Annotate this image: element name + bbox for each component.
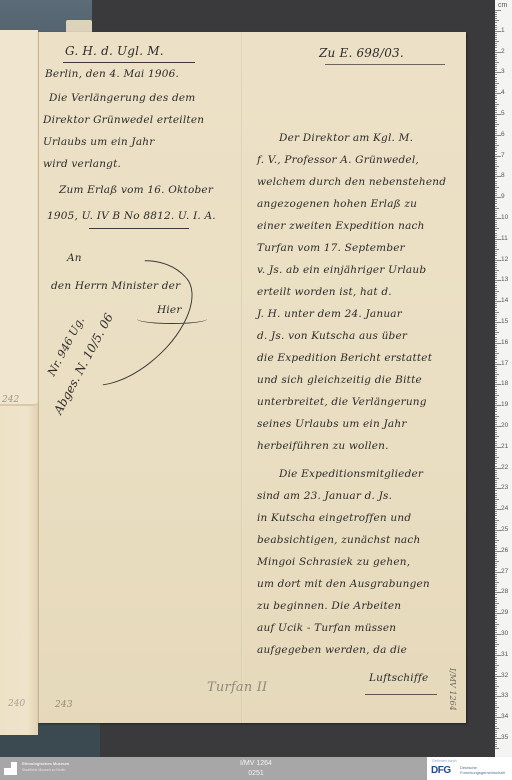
body-line: d. Js. von Kutscha aus über [257,330,407,342]
ruler-tick [495,45,497,46]
ruler-tick [495,470,497,471]
ruler-label: 11 [501,235,508,242]
ruler-tick [495,649,497,650]
ruler-label: 3 [501,68,505,75]
ruler-tick [495,740,497,741]
ruler-tick [495,147,497,148]
body-line: herbeiführen zu wollen. [257,440,389,452]
ruler-tick [495,692,497,693]
ruler-tick [495,214,497,215]
ruler-tick [495,181,497,182]
ruler-tick [495,224,497,225]
ruler-tick [495,264,497,265]
ruler-tick [495,206,497,207]
ruler-label: 32 [501,672,508,679]
ruler-tick [495,644,499,645]
ruler-tick [495,253,497,254]
body-line: angezogenen hohen Erlaß zu [257,198,417,210]
ruler-tick [495,380,497,381]
ruler-tick [495,542,497,543]
ruler-tick [495,574,497,575]
ruler-label: 24 [501,505,508,512]
ruler-tick [495,386,497,387]
ruler-tick [495,12,497,13]
ruler-label: 19 [501,401,508,408]
ruler-tick [495,141,497,142]
ruler-tick [495,191,497,192]
summary-line: Urlaubs um ein Jahr [43,136,154,148]
ruler-tick [495,461,497,462]
ruler-tick [495,711,497,712]
ruler-tick [495,628,497,629]
ruler-tick [495,597,497,598]
ruler-tick [495,160,497,161]
ruler-tick [495,120,497,121]
body-line: einer zweiten Expedition nach [257,220,425,232]
ruler-tick [495,25,497,26]
ruler-tick [495,303,497,304]
ruler-tick [495,305,497,306]
ruler-tick [495,622,497,623]
ruler-tick [495,230,497,231]
ruler-label: 18 [501,380,508,387]
ruler-tick [495,680,497,681]
right-header: Zu E. 698/03. [319,46,404,60]
ruler-tick [495,241,497,242]
ruler-label: 7 [501,152,505,159]
ruler-tick [495,599,497,600]
ruler-tick [495,58,497,59]
ruler-tick [495,478,499,479]
ruler-tick [495,83,499,84]
ruler-tick [495,258,497,259]
ruler-tick [495,102,497,103]
ruler-tick [495,151,497,152]
ruler-tick [495,474,497,475]
ruler-tick [495,199,497,200]
ruler-tick [495,278,497,279]
ruler-tick [495,453,497,454]
body-line: aufgegeben werden, da die [257,644,407,656]
body-line: zu beginnen. Die Arbeiten [257,600,401,612]
ruler-tick [495,193,497,194]
ruler-tick [495,212,497,213]
ruler-tick [495,663,497,664]
body-line: seines Urlaubs um ein Jahr [257,418,407,430]
ruler-tick [495,233,497,234]
ruler-tick [495,174,497,175]
ruler-tick [495,68,497,69]
ruler-tick [495,540,499,541]
ruler-tick [495,640,497,641]
ruler-tick [495,684,497,685]
body-line: unterbreitet, die Verlängerung [257,396,427,408]
ruler-tick [495,653,497,654]
ruler-tick [495,347,497,348]
ruler-tick [495,74,497,75]
ruler-tick [495,422,497,423]
ruler-tick [495,455,497,456]
ruler-label: 12 [501,256,508,263]
ruler-label: 6 [501,131,505,138]
ruler-tick [495,351,497,352]
catchword: Luftschiffe [369,672,428,684]
ruler-tick [495,694,497,695]
ruler-label: 8 [501,172,505,179]
ruler-tick [495,47,497,48]
ruler-tick [495,170,497,171]
ruler-tick [495,187,499,188]
ruler-tick [495,89,497,90]
ruler-tick [495,10,501,11]
ruler-tick [495,131,497,132]
ruler-tick [495,185,497,186]
ruler-tick [495,345,497,346]
ruler-tick [495,154,497,155]
ruler-tick [495,588,497,589]
ruler-tick [495,60,497,61]
ruler-tick [495,522,497,523]
ruler-tick [495,210,497,211]
ruler-tick [495,29,497,30]
ruler-tick [495,594,497,595]
ruler-tick [495,99,497,100]
ruler-label: 28 [501,588,508,595]
ruler-tick [495,249,499,250]
address-line: An [67,252,82,264]
ruler-tick [495,189,497,190]
ruler-tick [495,420,497,421]
ruler-tick [495,657,497,658]
ruler-tick [495,611,497,612]
ruler-tick [495,108,497,109]
ruler-tick [495,486,497,487]
ruler-tick [495,282,497,283]
ruler-tick [495,555,497,556]
underlying-page-number: 240 [8,699,25,709]
ruler-tick [495,547,497,548]
ruler-tick [495,97,497,98]
summary-line: wird verlangt. [43,158,121,170]
ruler-tick [495,632,497,633]
ruler-tick [495,601,497,602]
ruler-tick [495,713,497,714]
ruler-tick [495,557,497,558]
ruler-tick [495,276,497,277]
ruler-tick [495,438,497,439]
body-line: Mingoi Schrasiek zu gehen, [257,556,410,568]
ruler-tick [495,353,499,354]
folio-number: 243 [55,700,73,710]
column-fold [241,32,243,723]
ruler-tick [495,81,497,82]
ruler-tick [495,430,497,431]
ruler-tick [495,736,497,737]
ruler-tick [495,493,497,494]
ruler-tick [495,407,497,408]
ruler-tick [495,719,497,720]
ruler-tick [495,332,499,333]
ruler-tick [495,95,497,96]
ruler-label: 2 [501,48,505,55]
ruler-tick [495,646,497,647]
ruler-tick [495,567,497,568]
pencil-note: Turfan II [207,680,267,695]
ruler-tick [495,143,497,144]
ruler-tick [495,403,497,404]
ruler-tick [495,391,497,392]
ruler-tick [495,730,497,731]
ruler-tick [495,307,497,308]
ruler-tick [495,110,497,111]
ruler-tick [495,748,499,749]
ruler-tick [495,424,497,425]
body-line: beabsichtigen, zunächst nach [257,534,420,546]
ruler-tick [495,122,497,123]
ruler-tick [495,617,497,618]
ruler-tick [495,744,497,745]
ruler-label: 22 [501,464,508,471]
ruler-tick [495,690,497,691]
body-line: J. H. unter dem 24. Januar [257,308,402,320]
ruler-tick [495,208,499,209]
ruler-label: 21 [501,443,508,450]
ruler-tick [495,70,497,71]
ruler-tick [495,721,497,722]
cm-ruler: cm 1234567891011121314151617181920212223… [495,0,512,757]
ruler-tick [495,318,497,319]
margin-pencil-note: I/MV 1264 [448,668,457,711]
ruler-tick [495,376,497,377]
ruler-tick [495,79,497,80]
ruler-tick [495,490,497,491]
ruler-tick [495,330,497,331]
ruler-tick [495,14,497,15]
body-line: um dort mit den Ausgrabungen [257,578,430,590]
ruler-tick [495,603,499,604]
ruler-label: 35 [501,734,508,741]
body-line: Der Direktor am Kgl. M. [279,132,413,144]
ruler-tick [495,166,499,167]
ruler-tick [495,705,497,706]
ruler-tick [495,16,497,17]
ruler-tick [495,549,497,550]
flap-page-number: 242 [2,395,19,405]
ruler-tick [495,22,497,23]
ruler-tick [495,366,497,367]
ruler-tick [495,536,497,537]
ruler-label: 26 [501,547,508,554]
ruler-tick [495,619,497,620]
ruler-tick [495,545,497,546]
ruler-tick [495,378,497,379]
ruler-tick [495,659,497,660]
ruler-tick [495,463,497,464]
ruler-tick [495,270,499,271]
ruler-tick [495,18,497,19]
ruler-tick [495,497,497,498]
ruler-tick [495,665,499,666]
ruler-label: 15 [501,318,508,325]
ruler-tick [495,565,497,566]
ruler-tick [495,245,497,246]
ruler-tick [495,723,497,724]
ruler-tick [495,726,497,727]
ruler-tick [495,576,497,577]
ruler-tick [495,216,497,217]
ruler-label: 14 [501,297,508,304]
ruler-tick [495,341,497,342]
ruler-tick [495,137,497,138]
ruler-tick [495,339,497,340]
left-header: G. H. d. Ugl. M. [65,44,164,58]
ruler-tick [495,126,497,127]
ruler-tick [495,624,499,625]
ruler-tick [495,434,497,435]
ruler-label: 1 [501,27,505,34]
ruler-tick [495,116,497,117]
ruler-label: 4 [501,89,505,96]
ruler-tick [495,451,497,452]
ruler-tick [495,145,499,146]
summary-line: Die Verlängerung des dem [49,92,195,104]
reference-rule [89,228,189,229]
ruler-tick [495,235,497,236]
ruler-tick [495,609,497,610]
ruler-tick [495,682,497,683]
ruler-tick [495,397,497,398]
ruler-tick [495,297,497,298]
ruler-tick [495,77,497,78]
ruler-tick [495,436,499,437]
ruler-tick [495,118,497,119]
ruler-tick [495,35,497,36]
funder-badge: Gefördert durch DFG Deutsche Forschungsg… [427,757,512,780]
ruler-tick [495,104,499,105]
ruler-tick [495,272,497,273]
ruler-tick [495,85,497,86]
ruler-tick [495,570,497,571]
ruler-tick [495,66,497,67]
ruler-tick [495,37,497,38]
ruler-tick [495,395,499,396]
ruler-tick [495,532,497,533]
ruler-tick [495,671,497,672]
body-line: in Kutscha eingetroffen und [257,512,411,524]
body-line: die Expedition Bericht erstattet [257,352,432,364]
ruler-label: 33 [501,692,508,699]
ruler-tick [495,501,497,502]
body-line: Die Expeditionsmitglieder [279,468,423,480]
ruler-tick [495,195,497,196]
ruler-tick [495,538,497,539]
ruler-tick [495,615,497,616]
ruler-tick [495,183,497,184]
ruler-tick [495,316,497,317]
ruler-tick [495,289,497,290]
ruler-tick [495,357,497,358]
ruler-tick [495,411,497,412]
catchword-rule [365,694,437,695]
ruler-label: 23 [501,484,508,491]
ruler-tick [495,636,497,637]
ruler-tick [495,334,497,335]
ruler-tick [495,133,497,134]
ruler-tick [495,64,497,65]
letter-page: G. H. d. Ugl. M. Berlin, den 4. Mai 1906… [38,32,466,723]
body-line: erteilt worden ist, hat d. [257,286,392,298]
ruler-tick [495,91,497,92]
ruler-tick [495,728,499,729]
ruler-tick [495,443,497,444]
ruler-label: 9 [501,193,505,200]
ruler-tick [495,401,497,402]
funder-caption: Gefördert durch [432,759,457,763]
ruler-tick [495,112,497,113]
ruler-tick [495,274,497,275]
ruler-tick [495,505,497,506]
ruler-tick [495,324,497,325]
ruler-tick [495,584,497,585]
ruler-tick [495,590,497,591]
ruler-tick [495,27,497,28]
ruler-tick [495,247,497,248]
body-line: und sich gleichzeitig die Bitte [257,374,422,386]
ruler-tick [495,686,499,687]
ruler-tick [495,168,497,169]
ruler-tick [495,715,497,716]
ruler-tick [495,310,497,311]
ruler-tick [495,445,497,446]
ruler-tick [495,295,497,296]
ruler-tick [495,370,497,371]
body-line: auf Ucik - Turfan müssen [257,622,396,634]
ruler-tick [495,511,497,512]
reference-line: 1905, U. IV B No 8812. U. I. A. [47,210,216,222]
ruler-tick [495,87,497,88]
ruler-tick [495,459,497,460]
ruler-tick [495,524,497,525]
ruler-tick [495,149,497,150]
body-line: sind am 23. Januar d. Js. [257,490,392,502]
ruler-tick [495,734,497,735]
ruler-tick [495,476,497,477]
ruler-tick [495,129,497,130]
ruler-tick [495,139,497,140]
ruler-tick [495,201,497,202]
ruler-tick [495,291,499,292]
ruler-tick [495,399,497,400]
ruler-tick [495,255,497,256]
ruler-tick [495,480,497,481]
ruler-tick [495,513,497,514]
ruler-tick [495,688,497,689]
ruler-tick [495,416,499,417]
ruler-tick [495,203,497,204]
ruler-tick [495,262,497,263]
ruler-tick [495,43,497,44]
body-line: welchem durch den nebenstehend [257,176,446,188]
ruler-tick [495,39,497,40]
ruler-tick [495,642,497,643]
ruler-tick [495,251,497,252]
ruler-label: 27 [501,568,508,575]
ruler-label: 10 [501,214,508,221]
ruler-label: 5 [501,110,505,117]
ruler-tick [495,326,497,327]
ruler-tick [495,701,497,702]
ruler-tick [495,582,499,583]
